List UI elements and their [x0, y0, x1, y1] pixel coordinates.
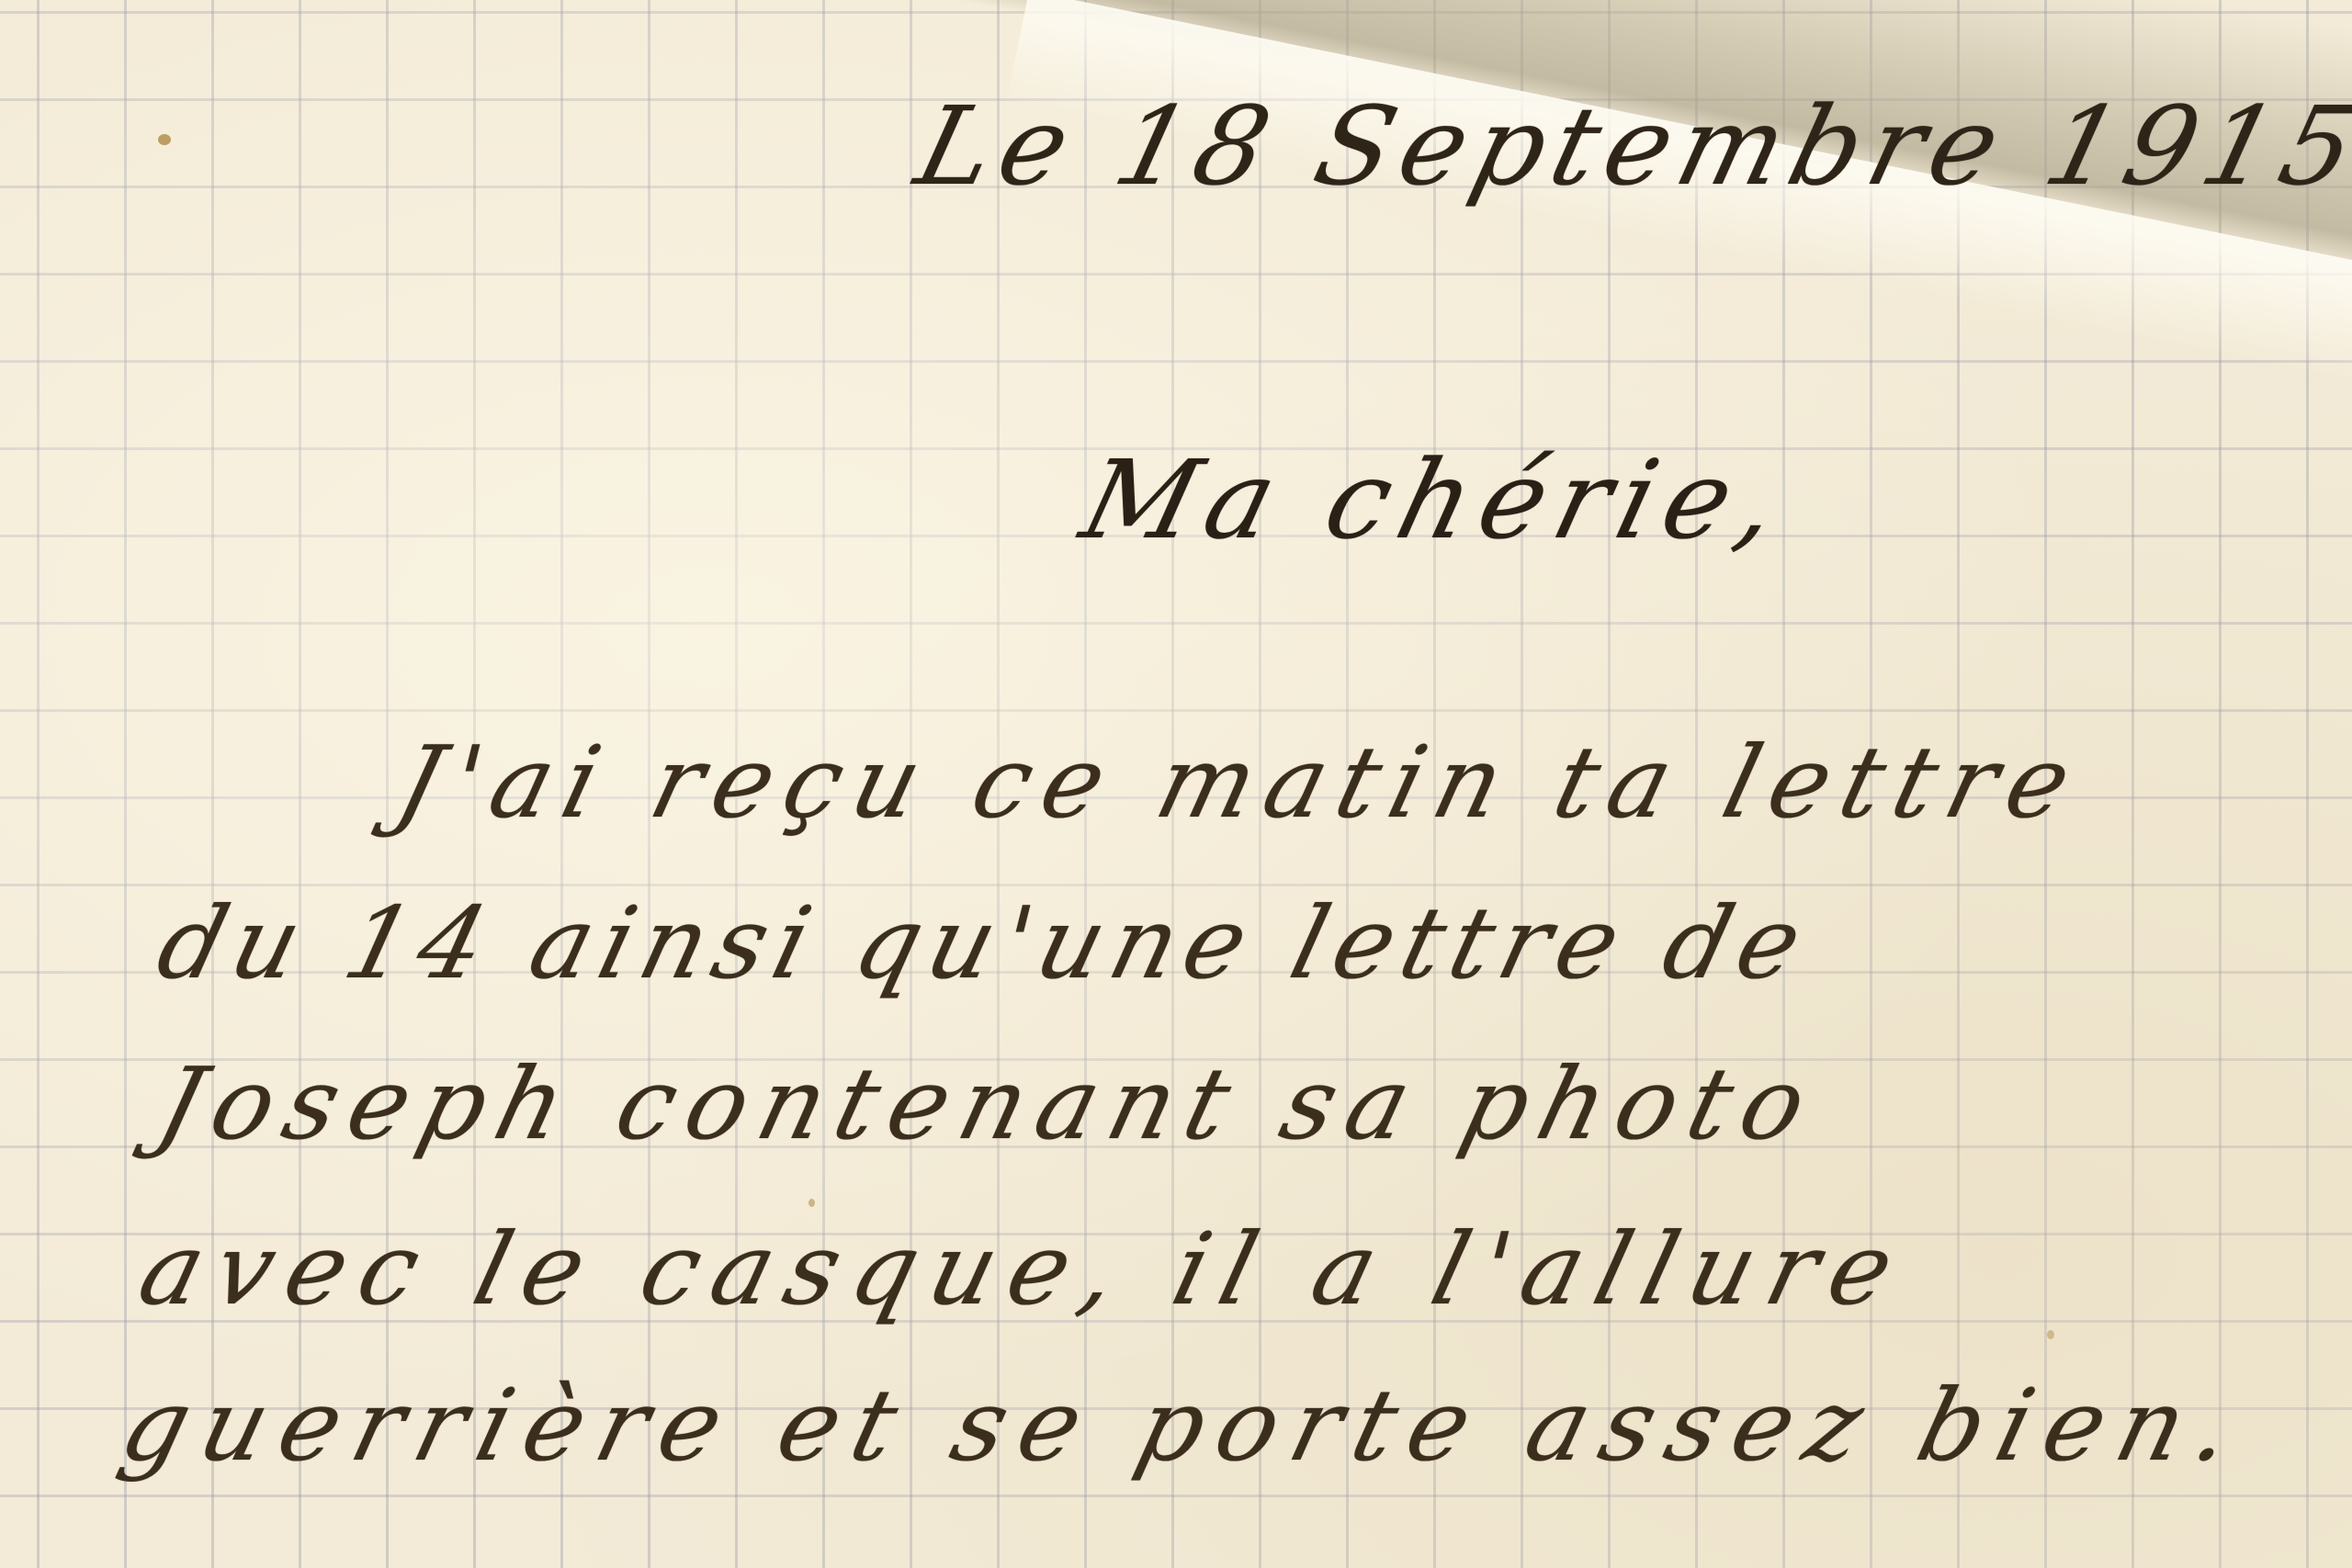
letter-salutation: Ma chérie,: [1070, 436, 1803, 563]
letter-body-line: du 14 ainsi qu'une lettre de: [147, 886, 1822, 1001]
paper-stain: [2047, 1330, 2054, 1339]
paper-stain: [158, 134, 171, 145]
letter-body-line: guerrière et se porte assez bien.: [110, 1369, 2258, 1483]
paper-fold-highlight: [1005, 0, 2352, 419]
paper-stain: [808, 1199, 815, 1207]
letter-date: Le 18 Septembre 1915: [905, 83, 2352, 209]
letter-body-line: Joseph contenant sa photo: [147, 1047, 1830, 1162]
letter-body-line: J'ai reçu ce matin ta lettre: [386, 726, 2095, 840]
letter-page: Le 18 Septembre 1915 Ma chérie, J'ai reç…: [0, 0, 2352, 1568]
letter-body-line: avec le casque, il a l'allure: [129, 1213, 1919, 1327]
